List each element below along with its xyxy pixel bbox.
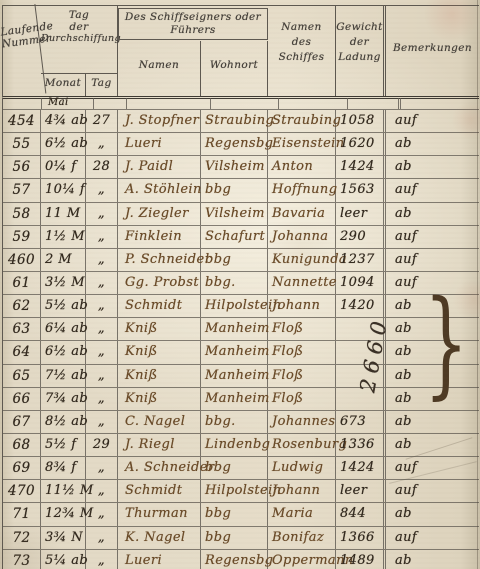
column-header-month: Monat	[41, 74, 86, 96]
cell-remark: ab	[386, 503, 479, 525]
month-row-spacer	[127, 98, 211, 109]
cell-residence: Manheim	[201, 341, 268, 363]
cell-remark: ab	[386, 133, 479, 155]
cell-skipper-name: Schmidt	[118, 295, 201, 317]
cell-residence: Vilsheim	[201, 203, 268, 225]
cell-remark: auf	[386, 480, 479, 502]
ledger-row: 57 10¼ f „ A. Stöhlein bbg Hoffnung 1563…	[3, 179, 479, 202]
cell-residence: bbg	[201, 503, 268, 525]
cell-cargo: 1336	[336, 434, 386, 456]
cell-cargo: 1620	[336, 133, 386, 155]
cell-remark: auf	[386, 527, 479, 549]
table-header: Laufende Nummer Tag der Durchschiffung M…	[2, 5, 479, 99]
cell-cargo: 1237	[336, 249, 386, 271]
cell-time: 4¾ ab	[41, 110, 86, 132]
cell-time: 7½ ab	[41, 365, 86, 387]
brace-annotation: }	[424, 290, 468, 402]
cell-cargo: 1489	[336, 550, 386, 569]
ledger-row: 67 8½ ab „ C. Nagel bbg. Johannes 673 ab	[3, 411, 479, 434]
cell-time: 11½ M	[41, 480, 86, 502]
cell-residence: Regensbg	[201, 550, 268, 569]
cell-day: „	[86, 272, 118, 294]
cell-number: 66	[3, 388, 41, 410]
cell-residence: Vilsheim	[201, 156, 268, 178]
cell-residence: bbg	[201, 527, 268, 549]
cell-skipper-name: J. Riegl	[118, 434, 201, 456]
cell-day: 28	[86, 156, 118, 178]
ledger-row: 73 5¼ ab „ Lueri Regensbg Oppermann 1489…	[3, 550, 479, 569]
cell-residence: Hilpolstein	[201, 295, 268, 317]
cell-residence: Lindenbg	[201, 434, 268, 456]
cell-skipper-name: Kniß	[118, 341, 201, 363]
column-header-cargo-line2: der	[336, 35, 383, 50]
cell-day: „	[86, 295, 118, 317]
cell-day: „	[86, 203, 118, 225]
cell-time: 3¾ N	[41, 527, 86, 549]
cell-skipper-name: P. Schneider	[118, 249, 201, 271]
cell-remark: ab	[386, 434, 479, 456]
cell-ship-name: Floß	[268, 318, 336, 340]
column-header-date-line2: der	[41, 21, 117, 33]
cell-remark: auf	[386, 249, 479, 271]
ledger-row: 454 4¾ ab 27 J. Stopfner Straubing Strau…	[3, 110, 479, 133]
column-header-date-line1: Tag	[41, 9, 117, 21]
cell-skipper-name: Gg. Probst	[118, 272, 201, 294]
cell-time: 10¼ f	[41, 179, 86, 201]
cell-number: 73	[3, 550, 41, 569]
cell-number: 69	[3, 457, 41, 479]
cell-number: 61	[3, 272, 41, 294]
cell-cargo: 1094	[336, 272, 386, 294]
ledger-row: 56 0¼ f 28 J. Paidl Vilsheim Anton 1424 …	[3, 156, 479, 179]
cell-time: 0¼ f	[41, 156, 86, 178]
cell-ship-name: Anton	[268, 156, 336, 178]
cell-ship-name: Johann	[268, 480, 336, 502]
cell-time: 5¼ ab	[41, 550, 86, 569]
ledger-row: 68 5½ f 29 J. Riegl Lindenbg Rosenburg 1…	[3, 434, 479, 457]
cell-cargo: 1058	[336, 110, 386, 132]
cell-number: 67	[3, 411, 41, 433]
cell-cargo: 1424	[336, 156, 386, 178]
column-header-skipper-group: Des Schiffseigners oder Führers	[118, 8, 268, 40]
column-header-ship-line1: Namen	[268, 20, 335, 35]
column-header-date: Tag der Durchschiffung Monat Tag	[41, 6, 118, 96]
cell-day: „	[86, 503, 118, 525]
cell-skipper-name: J. Paidl	[118, 156, 201, 178]
cell-time: 7¾ ab	[41, 388, 86, 410]
cell-skipper-name: Thurman	[118, 503, 201, 525]
cell-day: 27	[86, 110, 118, 132]
cell-time: 8¾ f	[41, 457, 86, 479]
cell-remark: ab	[386, 411, 479, 433]
cell-day: „	[86, 226, 118, 248]
cell-skipper-name: Finklein	[118, 226, 201, 248]
ledger-row: 55 6½ ab „ Lueri Regensbg Eisenstein 162…	[3, 133, 479, 156]
cell-day: 29	[86, 434, 118, 456]
cell-number: 56	[3, 156, 41, 178]
cell-time: 3½ M	[41, 272, 86, 294]
month-row-spacer	[94, 98, 127, 109]
cell-time: 6½ ab	[41, 133, 86, 155]
cell-number: 71	[3, 503, 41, 525]
column-header-day: Tag	[86, 74, 117, 96]
cell-ship-name: Johannes	[268, 411, 336, 433]
month-label: Mai	[42, 98, 94, 109]
cell-ship-name: Bavaria	[268, 203, 336, 225]
skipper-group-line2: Führers	[119, 24, 267, 37]
cell-day: „	[86, 480, 118, 502]
month-row-spacer	[348, 98, 401, 109]
skipper-group-line1: Des Schiffseigners oder	[119, 11, 267, 24]
rotated-cargo-total: 2660	[318, 298, 429, 409]
cell-residence: Hilpolstein	[201, 480, 268, 502]
cell-day: „	[86, 411, 118, 433]
cell-day: „	[86, 318, 118, 340]
ledger-row: 470 11½ M „ Schmidt Hilpolstein Johann l…	[3, 480, 479, 503]
cell-time: 1½ M	[41, 226, 86, 248]
cell-number: 65	[3, 365, 41, 387]
ledger-row: 71 12¾ M „ Thurman bbg Maria 844 ab	[3, 503, 479, 526]
month-row-spacer	[279, 98, 348, 109]
cell-residence: bbg	[201, 457, 268, 479]
cell-time: 6½ ab	[41, 341, 86, 363]
cell-residence: Schafurt	[201, 226, 268, 248]
cell-number: 63	[3, 318, 41, 340]
cell-cargo: 1424	[336, 457, 386, 479]
cell-remark: auf	[386, 110, 479, 132]
cell-day: „	[86, 365, 118, 387]
ledger-row: 59 1½ M „ Finklein Schafurt Johanna 290 …	[3, 226, 479, 249]
cell-number: 470	[3, 480, 41, 502]
column-header-residence: Wohnort	[201, 41, 268, 96]
cell-day: „	[86, 388, 118, 410]
paper-right-edge	[477, 0, 478, 569]
column-header-ship-line3: Schiffes	[268, 50, 335, 65]
cell-skipper-name: Lueri	[118, 133, 201, 155]
cell-day: „	[86, 133, 118, 155]
cell-ship-name: Bonifaz	[268, 527, 336, 549]
cell-number: 62	[3, 295, 41, 317]
cell-skipper-name: C. Nagel	[118, 411, 201, 433]
month-row: Mai	[3, 98, 479, 110]
cell-time: 5½ f	[41, 434, 86, 456]
column-header-name: Namen	[118, 41, 201, 96]
cell-cargo: 290	[336, 226, 386, 248]
cell-time: 2 M	[41, 249, 86, 271]
date-subheader: Monat Tag	[41, 73, 117, 96]
cell-ship-name: Ludwig	[268, 457, 336, 479]
cell-cargo: 673	[336, 411, 386, 433]
cell-residence: Manheim	[201, 365, 268, 387]
column-header-cargo-line3: Ladung	[336, 50, 383, 65]
cell-skipper-name: Kniß	[118, 365, 201, 387]
column-header-cargo-line1: Gewicht	[336, 20, 383, 35]
cell-number: 57	[3, 179, 41, 201]
cell-ship-name: Hoffnung	[268, 179, 336, 201]
cell-residence: bbg	[201, 249, 268, 271]
ledger-page: Laufende Nummer Tag der Durchschiffung M…	[0, 0, 480, 569]
column-header-remarks: Bemerkungen	[386, 6, 479, 96]
cell-residence: Straubing	[201, 110, 268, 132]
cell-number: 64	[3, 341, 41, 363]
cell-skipper-name: J. Ziegler	[118, 203, 201, 225]
cell-number: 454	[3, 110, 41, 132]
column-header-number: Laufende Nummer	[0, 4, 46, 98]
cell-skipper-name: J. Stopfner	[118, 110, 201, 132]
cell-residence: Regensbg	[201, 133, 268, 155]
cell-number: 58	[3, 203, 41, 225]
cell-skipper-name: Lueri	[118, 550, 201, 569]
cell-day: „	[86, 249, 118, 271]
cell-number: 59	[3, 226, 41, 248]
cell-skipper-name: K. Nagel	[118, 527, 201, 549]
ledger-row: 72 3¾ N „ K. Nagel bbg Bonifaz 1366 auf	[3, 527, 479, 550]
cell-day: „	[86, 179, 118, 201]
cell-time: 11 M	[41, 203, 86, 225]
ledger-row: 61 3½ M „ Gg. Probst bbg. Nannette 1094 …	[3, 272, 479, 295]
cell-ship-name: Johann	[268, 295, 336, 317]
cell-ship-name: Oppermann	[268, 550, 336, 569]
cell-ship-name: Eisenstein	[268, 133, 336, 155]
cell-time: 12¾ M	[41, 503, 86, 525]
cell-cargo: leer	[336, 203, 386, 225]
cell-residence: Manheim	[201, 388, 268, 410]
cell-ship-name: Rosenburg	[268, 434, 336, 456]
cell-remark: auf	[386, 457, 479, 479]
cell-day: „	[86, 457, 118, 479]
month-row-spacer	[211, 98, 279, 109]
ledger-row: 460 2 M „ P. Schneider bbg Kunigunda 123…	[3, 249, 479, 272]
cell-ship-name: Kunigunda	[268, 249, 336, 271]
cell-remark: ab	[386, 156, 479, 178]
cell-skipper-name: Kniß	[118, 388, 201, 410]
cell-cargo: leer	[336, 480, 386, 502]
cell-ship-name: Nannette	[268, 272, 336, 294]
ledger-row: 58 11 M „ J. Ziegler Vilsheim Bavaria le…	[3, 203, 479, 226]
cell-ship-name: Johanna	[268, 226, 336, 248]
cell-remark: auf	[386, 226, 479, 248]
cell-remark: auf	[386, 179, 479, 201]
cell-residence: Manheim	[201, 318, 268, 340]
cell-skipper-name: A. Schneider	[118, 457, 201, 479]
cell-skipper-name: Kniß	[118, 318, 201, 340]
cell-skipper-name: A. Stöhlein	[118, 179, 201, 201]
ledger-row: 69 8¾ f „ A. Schneider bbg Ludwig 1424 a…	[3, 457, 479, 480]
cell-day: „	[86, 550, 118, 569]
cell-cargo: 844	[336, 503, 386, 525]
cell-residence: bbg	[201, 179, 268, 201]
cell-number: 72	[3, 527, 41, 549]
cell-cargo: 1563	[336, 179, 386, 201]
cell-number: 55	[3, 133, 41, 155]
cell-residence: bbg.	[201, 411, 268, 433]
cell-remark: ab	[386, 550, 479, 569]
column-header-ship-line2: des	[268, 35, 335, 50]
cell-number: 460	[3, 249, 41, 271]
cell-day: „	[86, 527, 118, 549]
cell-ship-name: Straubing	[268, 110, 336, 132]
cell-cargo: 1366	[336, 527, 386, 549]
cell-time: 5½ ab	[41, 295, 86, 317]
column-header-cargo: Gewicht der Ladung	[336, 6, 386, 96]
column-header-date-line3: Durchschiffung	[41, 33, 117, 44]
cell-residence: bbg.	[201, 272, 268, 294]
cell-remark: ab	[386, 203, 479, 225]
cell-skipper-name: Schmidt	[118, 480, 201, 502]
month-row-spacer	[3, 98, 42, 109]
cell-ship-name: Maria	[268, 503, 336, 525]
cell-number: 68	[3, 434, 41, 456]
cell-time: 8½ ab	[41, 411, 86, 433]
cell-time: 6¼ ab	[41, 318, 86, 340]
cell-day: „	[86, 341, 118, 363]
column-header-ship: Namen des Schiffes	[268, 6, 336, 96]
